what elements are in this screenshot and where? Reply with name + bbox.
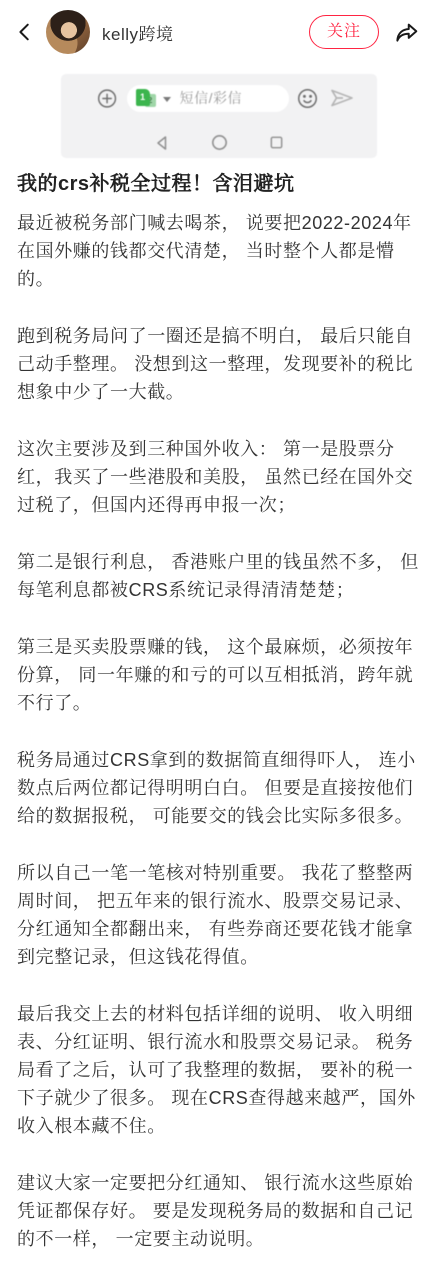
sms-placeholder-text: 短信/彩信 bbox=[180, 88, 242, 108]
post-paragraph-9: 建议大家一定要把分红通知、 银行流水这些原始凭证都保存好。 要是发现税务局的数据… bbox=[17, 1169, 420, 1253]
share-button[interactable] bbox=[393, 18, 421, 46]
nav-home-icon bbox=[211, 134, 228, 151]
send-plane-icon bbox=[329, 87, 355, 109]
smiley-icon bbox=[297, 88, 318, 109]
post-paragraph-7: 所以自己一笔一笔核对特别重要。 我花了整整两周时间， 把五年来的银行流水、股票交… bbox=[17, 859, 420, 971]
caret-down-icon bbox=[163, 97, 171, 102]
back-button[interactable] bbox=[12, 19, 38, 45]
post-paragraph-3: 这次主要涉及到三种国外收入： 第一是股票分红，我买了一些港股和美股， 虽然已经在… bbox=[17, 435, 420, 519]
post-title: 我的crs补税全过程！含泪避坑 bbox=[17, 170, 420, 198]
post-paragraph-4: 第二是银行利息， 香港账户里的钱虽然不多， 但每笔利息都被CRS系统记录得清清楚… bbox=[17, 548, 420, 604]
avatar[interactable] bbox=[46, 10, 90, 54]
follow-button[interactable]: 关注 bbox=[309, 15, 379, 49]
post-header: kelly跨境 关注 bbox=[0, 0, 437, 64]
sim-card-icon: 2 1 bbox=[136, 89, 158, 108]
post-paragraph-2: 跑到税务局问了一圈还是搞不明白， 最后只能自己动手整理。 没想到这一整理，发现要… bbox=[17, 322, 420, 406]
share-arrow-icon bbox=[394, 19, 420, 45]
post-image-sms-screenshot[interactable]: 2 1 短信/彩信 bbox=[61, 74, 377, 158]
post-body: 我的crs补税全过程！含泪避坑 最近被税务部门喊去喝茶， 说要把2022-202… bbox=[0, 170, 437, 1253]
sms-compose-bar: 2 1 短信/彩信 bbox=[61, 83, 377, 113]
nav-back-icon bbox=[154, 135, 170, 151]
sim1-badge: 1 bbox=[136, 89, 150, 106]
post-paragraph-5: 第三是买卖股票赚的钱， 这个最麻烦，必须按年份算， 同一年赚的和亏的可以互相抵消… bbox=[17, 633, 420, 717]
post-paragraph-6: 税务局通过CRS拿到的数据简直细得吓人， 连小数点后两位都记得明明白白。 但要是… bbox=[17, 746, 420, 830]
chevron-left-icon bbox=[14, 21, 36, 43]
post-paragraph-8: 最后我交上去的材料包括详细的说明、 收入明细表、分红证明、银行流水和股票交易记录… bbox=[17, 1000, 420, 1140]
post-paragraph-1: 最近被税务部门喊去喝茶， 说要把2022-2024年在国外赚的钱都交代清楚， 当… bbox=[17, 209, 420, 293]
sms-input-field: 2 1 短信/彩信 bbox=[127, 85, 289, 112]
username[interactable]: kelly跨境 bbox=[102, 20, 174, 45]
nav-recents-icon bbox=[269, 135, 284, 150]
plus-circle-icon bbox=[97, 88, 117, 109]
android-nav-bar bbox=[61, 134, 377, 151]
